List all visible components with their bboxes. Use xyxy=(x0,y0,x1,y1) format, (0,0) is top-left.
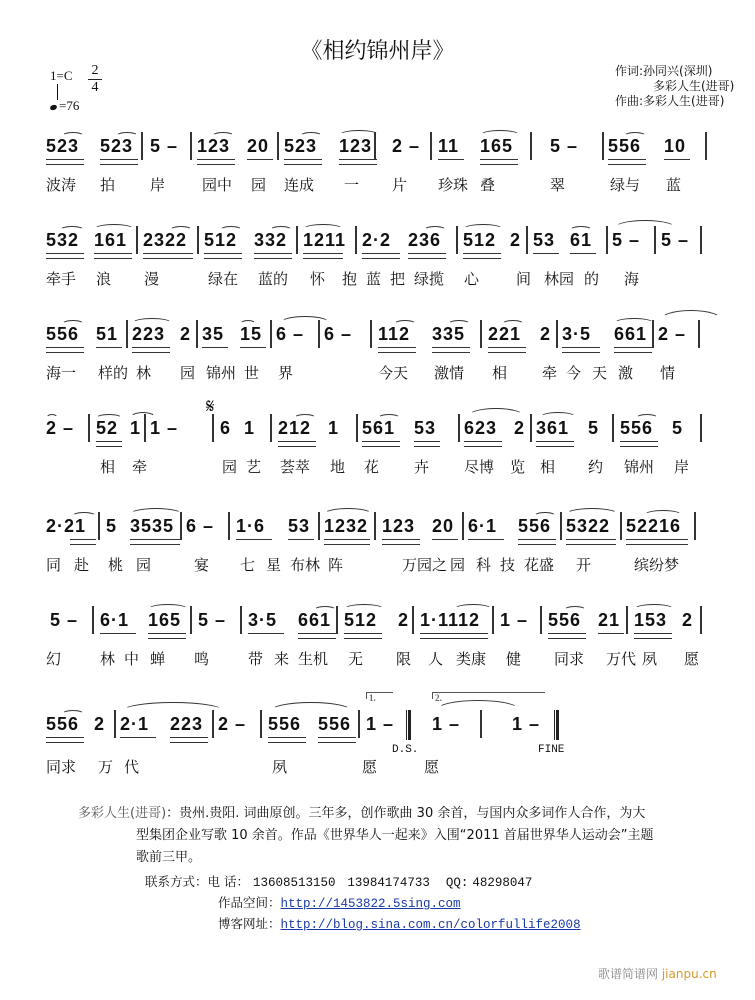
phone-2: 13984174733 xyxy=(347,876,430,890)
qq-number: 48298047 xyxy=(472,876,532,890)
score-row-7: 556 2 2·1 223 2 – 556 556 1. 1 – D.S. 2.… xyxy=(44,706,724,786)
ds-marking: D.S. xyxy=(392,744,418,756)
score-row-2: 532 161 2322 512 332 1211 2·2 236 512 2 … xyxy=(44,222,724,302)
composer: 多彩人生(进哥) xyxy=(643,94,724,108)
fine-marking: FINE xyxy=(538,744,564,756)
notes-row-1: 523 523 5 – 123 20 523 123 2 – 11 165 5 … xyxy=(44,128,724,162)
score-row-5: 2·21 5 3535 6 – 1·6 53 1232 123 20 6·1 5… xyxy=(44,508,724,588)
notes-row-2: 532 161 2322 512 332 1211 2·2 236 512 2 … xyxy=(44,222,724,256)
tempo-marking: =76 xyxy=(50,98,79,114)
credits: 作词:孙同兴(深圳) 多彩人生(进哥) 作曲:多彩人生(进哥) xyxy=(615,64,735,109)
author-bio: 多彩人生(进哥)：贵州.贵阳. 词曲原创。三年多，创作歌曲 30 余首，与国内众… xyxy=(78,803,708,869)
blog-link[interactable]: http://blog.sina.com.cn/colorfullife2008 xyxy=(281,918,581,932)
watermark: 歌谱简谱网 jianpu.cn xyxy=(598,965,717,982)
score-row-4: 2 – 52 1 1 – 𝄋 6 1 212 1 561 53 623 2 36… xyxy=(44,410,724,490)
volta-2: 2. xyxy=(432,692,545,699)
notes-row-5: 2·21 5 3535 6 – 1·6 53 1232 123 20 6·1 5… xyxy=(44,508,724,542)
notes-row-3: 556 51 223 2 35 15 6 – 6 – 112 335 221 2… xyxy=(44,316,724,350)
score-row-6: 5 – 6·1 165 5 – 3·5 661 512 2 1·1112 1 –… xyxy=(44,602,724,682)
score-row-1: 523 523 5 – 123 20 523 123 2 – 11 165 5 … xyxy=(44,128,724,208)
time-signature: 2 4 xyxy=(88,64,102,95)
key-signature: 1=C xyxy=(50,68,73,84)
contact-info: 联系方式：电 话： 13608513150 13984174733 QQ: 48… xyxy=(145,872,581,935)
volta-1: 1. xyxy=(366,692,393,699)
author-name: 多彩人生(进哥) xyxy=(78,806,166,821)
notes-row-4: 2 – 52 1 1 – 𝄋 6 1 212 1 561 53 623 2 36… xyxy=(44,410,724,444)
phone-1: 13608513150 xyxy=(253,876,336,890)
notes-row-7: 556 2 2·1 223 2 – 556 556 1. 1 – D.S. 2.… xyxy=(44,706,724,740)
lyricist-2: 多彩人生(进哥) xyxy=(615,79,735,94)
lyricist-1: 孙同兴(深圳) xyxy=(643,64,712,78)
notes-row-6: 5 – 6·1 165 5 – 3·5 661 512 2 1·1112 1 –… xyxy=(44,602,724,636)
time-signature-bottom: 4 xyxy=(88,81,102,95)
quarter-note-icon xyxy=(57,84,58,100)
song-title: 《相约锦州岸》 xyxy=(0,34,755,65)
works-link[interactable]: http://1453822.5sing.com xyxy=(281,897,461,911)
time-signature-top: 2 xyxy=(88,64,102,78)
score-row-3: 556 51 223 2 35 15 6 – 6 – 112 335 221 2… xyxy=(44,316,724,396)
